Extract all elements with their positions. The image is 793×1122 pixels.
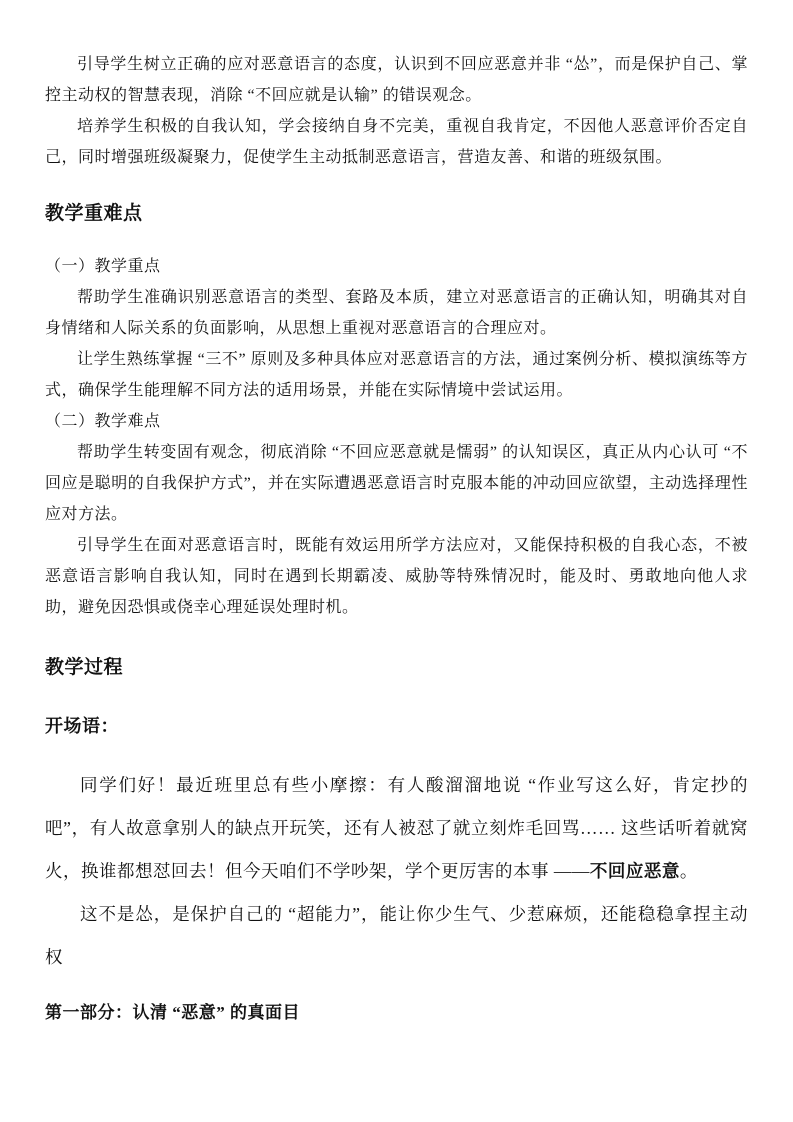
intro-paragraph-2: 培养学生积极的自我认知，学会接纳自身不完美，重视自我肯定，不因他人恶意评价否定自… [45,111,748,173]
document-page: 引导学生树立正确的应对恶意语言的态度，认识到不回应恶意并非 “怂”，而是保护自己… [0,0,793,1122]
intro-paragraph-1: 引导学生树立正确的应对恶意语言的态度，认识到不回应恶意并非 “怂”，而是保护自己… [45,49,748,111]
opening-paragraph-2: 这不是怂，是保护自己的 “超能力”，能让你少生气、少惹麻烦，还能稳稳拿捏主动权 [45,893,748,979]
opening-paragraph-1-bold-phrase: 不回应恶意 [590,861,680,881]
opening-paragraph-1-period: 。 [680,861,698,881]
focus-paragraph-1: 帮助学生准确识别恶意语言的类型、套路及本质，建立对恶意语言的正确认知，明确其对自… [45,282,748,344]
difficulty-sublabel: （二）教学难点 [45,406,748,437]
difficulty-paragraph-2: 引导学生在面对恶意语言时，既能有效运用所学方法应对，又能保持积极的自我心态，不被… [45,530,748,623]
difficulty-paragraph-1: 帮助学生转变固有观念，彻底消除 “不回应恶意就是懦弱” 的认知误区，真正从内心认… [45,437,748,530]
opening-paragraph-1: 同学们好！最近班里总有些小摩擦：有人酸溜溜地说 “作业写这么好，肯定抄的吧”，有… [45,764,748,893]
heading-opening-remarks: 开场语： [45,713,748,739]
heading-part-one: 第一部分：认清 “恶意” 的真面目 [45,1001,748,1025]
heading-key-points: 教学重难点 [45,201,748,227]
focus-paragraph-2: 让学生熟练掌握 “三不” 原则及多种具体应对恶意语言的方法，通过案例分析、模拟演… [45,344,748,406]
heading-teaching-process: 教学过程 [45,655,748,681]
focus-sublabel: （一）教学重点 [45,251,748,282]
